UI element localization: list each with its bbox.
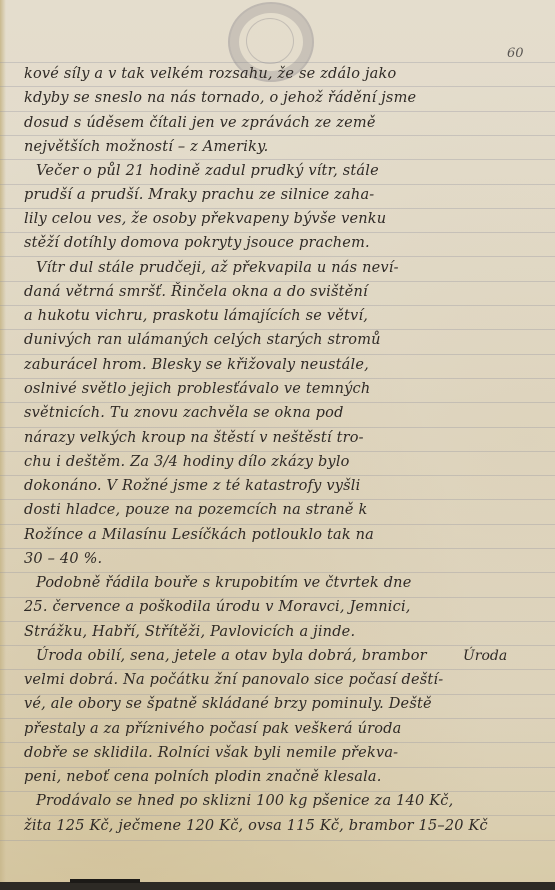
text-line: 30 – 40 %. bbox=[24, 551, 102, 567]
ruled-line bbox=[0, 621, 555, 622]
ruled-line bbox=[0, 378, 555, 379]
text-line: prudší a prudší. Mraky prachu ze silnice… bbox=[24, 187, 374, 203]
margin-note: Úroda bbox=[463, 648, 507, 664]
ruled-line bbox=[0, 111, 555, 112]
ruled-line bbox=[0, 184, 555, 185]
ruled-line bbox=[0, 402, 555, 403]
text-line: a hukotu vichru, praskotu lámajících se … bbox=[24, 308, 368, 324]
page-bottom-edge bbox=[0, 882, 555, 890]
ruled-line bbox=[0, 572, 555, 573]
ruled-line bbox=[0, 208, 555, 209]
ruled-line bbox=[0, 305, 555, 306]
text-line: velmi dobrá. Na počátku žní panovalo sic… bbox=[24, 672, 443, 688]
text-line: dunivých ran ulámaných celých starých st… bbox=[24, 332, 381, 348]
ruled-line bbox=[0, 256, 555, 257]
page-number: 60 bbox=[507, 46, 524, 61]
text-line: Prodávalo se hned po sklizni 100 kg pšen… bbox=[36, 793, 453, 809]
ruled-line bbox=[0, 232, 555, 233]
text-line: Rožínce a Milasínu Lesíčkách potlouklo t… bbox=[24, 527, 374, 543]
ruled-line bbox=[0, 427, 555, 428]
document-page: 60 kové síly a v tak velkém rozsahu, že … bbox=[0, 0, 555, 882]
text-line: nárazy velkých kroup na štěstí v neštěst… bbox=[24, 430, 364, 446]
text-line: Úroda obilí, sena, jetele a otav byla do… bbox=[36, 648, 427, 664]
ruled-line bbox=[0, 524, 555, 525]
ruled-line bbox=[0, 451, 555, 452]
ruled-line bbox=[0, 548, 555, 549]
text-line: kdyby se sneslo na nás tornado, o jehož … bbox=[24, 90, 416, 106]
ruled-line bbox=[0, 815, 555, 816]
text-line: lily celou ves, že osoby překvapeny bývš… bbox=[24, 211, 386, 227]
text-line: Strážku, Habří, Střítěži, Pavlovicích a … bbox=[24, 624, 355, 640]
text-line: Podobně řádila bouře s krupobitím ve čtv… bbox=[36, 575, 412, 591]
text-line: chu i deštěm. Za 3/4 hodiny dílo zkázy b… bbox=[24, 454, 350, 470]
text-line: dokonáno. V Rožné jsme z té katastrofy v… bbox=[24, 478, 360, 494]
ruled-line bbox=[0, 499, 555, 500]
ruled-line bbox=[0, 159, 555, 160]
text-line: dosti hladce, pouze na pozemcích na stra… bbox=[24, 502, 367, 518]
text-line: největších možností – z Ameriky. bbox=[24, 139, 268, 155]
ruled-line bbox=[0, 742, 555, 743]
text-line: dosud s úděsem čítali jen ve zprávách ze… bbox=[24, 115, 376, 131]
text-line: zaburácel hrom. Blesky se křižovaly neus… bbox=[24, 357, 369, 373]
text-line: dobře se sklidila. Rolníci však byli nem… bbox=[24, 745, 398, 761]
text-line: kové síly a v tak velkém rozsahu, že se … bbox=[24, 66, 396, 82]
ruled-line bbox=[0, 329, 555, 330]
ruled-line bbox=[0, 354, 555, 355]
text-line: stěží dotíhly domova pokryty jsouce prac… bbox=[24, 235, 370, 251]
text-line: Večer o půl 21 hodině zadul prudký vítr,… bbox=[36, 163, 379, 179]
text-line: žita 125 Kč, ječmene 120 Kč, ovsa 115 Kč… bbox=[24, 818, 488, 834]
ruled-line bbox=[0, 718, 555, 719]
text-line: peni, neboť cena polních plodin značně k… bbox=[24, 769, 382, 785]
ruled-line bbox=[0, 86, 555, 87]
page-binding-edge bbox=[0, 0, 6, 882]
text-line: 25. července a poškodila úrodu v Moravci… bbox=[24, 599, 411, 615]
stamp-center bbox=[246, 18, 294, 64]
ruled-line bbox=[0, 669, 555, 670]
ruled-line bbox=[0, 475, 555, 476]
text-line: vé, ale obory se špatně skládané brzy po… bbox=[24, 696, 432, 712]
text-line: přestaly a za příznivého počasí pak vešk… bbox=[24, 721, 402, 737]
ruled-line bbox=[0, 767, 555, 768]
text-line: oslnivé světlo jejich problesťávalo ve t… bbox=[24, 381, 370, 397]
binding-tab bbox=[70, 879, 140, 883]
ruled-line bbox=[0, 281, 555, 282]
ruled-line bbox=[0, 694, 555, 695]
ruled-line bbox=[0, 135, 555, 136]
text-line: světnicích. Tu znovu zachvěla se okna po… bbox=[24, 405, 344, 421]
ruled-line bbox=[0, 791, 555, 792]
ruled-line bbox=[0, 597, 555, 598]
ruled-line bbox=[0, 840, 555, 841]
text-line: Vítr dul stále prudčeji, až překvapila u… bbox=[36, 260, 399, 276]
text-line: daná větrná smršť. Řinčela okna a do svi… bbox=[24, 284, 368, 300]
ruled-line bbox=[0, 645, 555, 646]
